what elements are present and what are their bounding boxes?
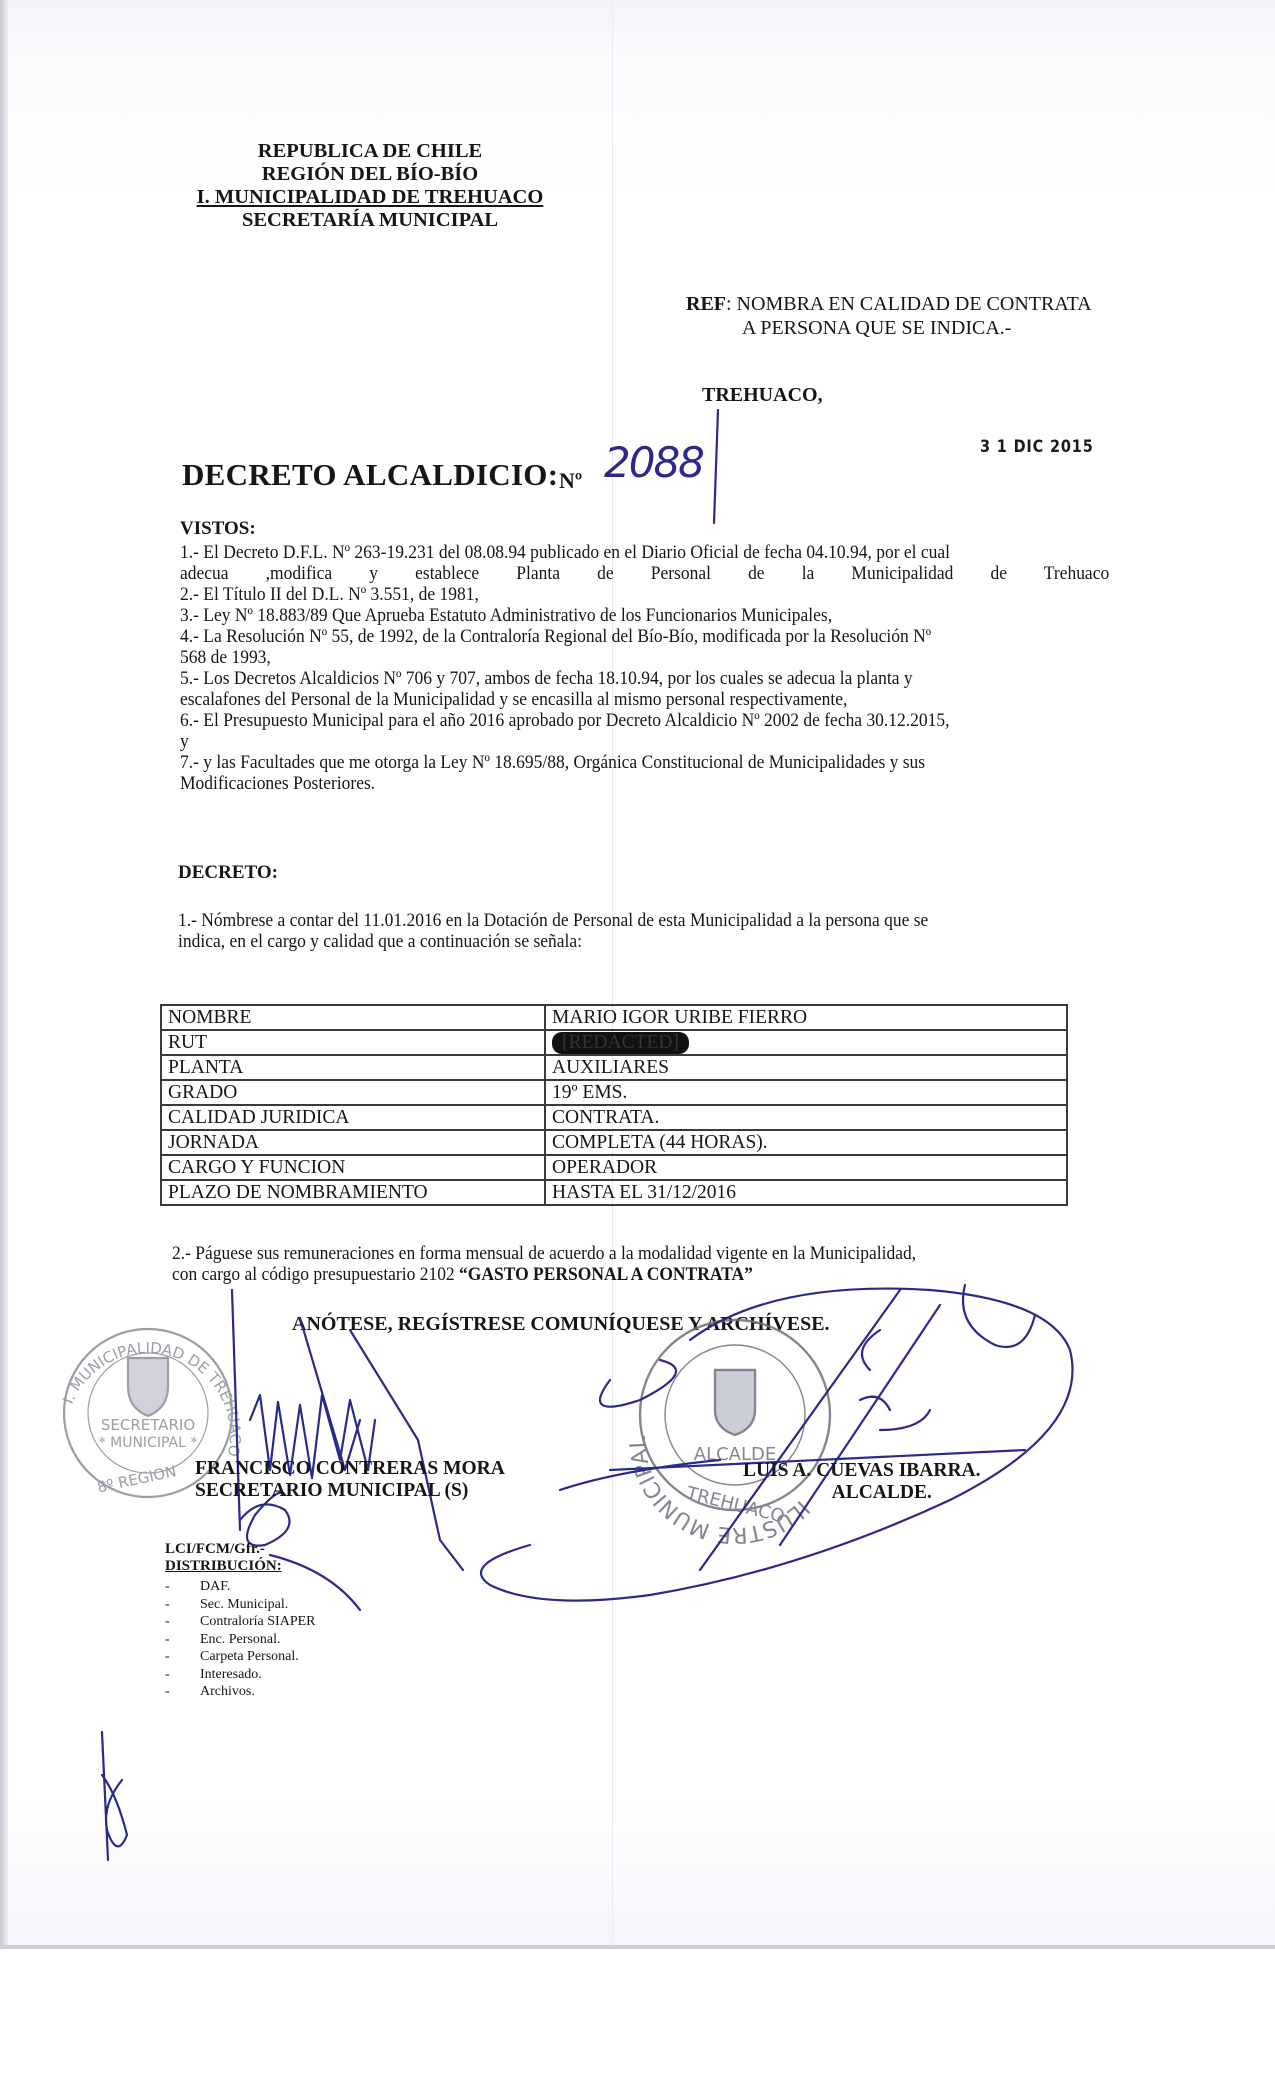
- letterhead-country: REPUBLICA DE CHILE: [180, 140, 560, 163]
- vistos-item: adecua ,modifica y establece Planta de P…: [180, 563, 1109, 584]
- reference-label: REF: [686, 293, 726, 315]
- distribution-item-label: Interesado.: [200, 1666, 262, 1684]
- vistos-item: 6.- El Presupuesto Municipal para el año…: [180, 710, 1109, 731]
- vistos-item: Modificaciones Posteriores.: [180, 773, 1109, 794]
- distribution-item: -Enc. Personal.: [165, 1631, 316, 1649]
- mayor-title: ALCALDE.: [743, 1482, 981, 1504]
- table-row: GRADO19º EMS.: [161, 1080, 1067, 1105]
- distribution-item: -DAF.: [165, 1578, 316, 1596]
- letterhead-department: SECRETARÍA MUNICIPAL: [180, 209, 560, 232]
- table-row: NOMBREMARIO IGOR URIBE FIERRO: [161, 1005, 1067, 1030]
- svg-text:SECRETARIO: SECRETARIO: [101, 1416, 195, 1434]
- distribution-item-label: Contraloría SIAPER: [200, 1613, 316, 1631]
- decree-number-label: Nº: [559, 468, 582, 494]
- distribution-item: -Contraloría SIAPER: [165, 1613, 316, 1631]
- vistos-item: escalafones del Personal de la Municipal…: [180, 689, 1109, 710]
- svg-text:* MUNICIPAL *: * MUNICIPAL *: [99, 1435, 198, 1451]
- vistos-item: 1.- El Decreto D.F.L. Nº 263-19.231 del …: [180, 542, 1109, 563]
- field-value: [REDACTED]: [545, 1030, 1067, 1055]
- closing-formula: ANÓTESE, REGÍSTRESE COMUNÍQUESE Y ARCHÍV…: [292, 1313, 830, 1336]
- field-label: JORNADA: [161, 1130, 545, 1155]
- budget-code-name: “GASTO PERSONAL A CONTRATA”: [459, 1264, 753, 1285]
- vistos-item: y: [180, 731, 1109, 752]
- reference-block: REF: NOMBRA EN CALIDAD DE CONTRATA A PER…: [686, 292, 1092, 340]
- table-row: CARGO Y FUNCIONOPERADOR: [161, 1155, 1067, 1180]
- decreto-point-2-line-1: 2.- Páguese sus remuneraciones en forma …: [172, 1243, 1120, 1264]
- distribution-item-label: Enc. Personal.: [200, 1631, 280, 1649]
- decree-title: DECRETO ALCALDICIO:: [182, 457, 558, 493]
- table-row: PLANTAAUXILIARES: [161, 1055, 1067, 1080]
- decreto-point-1-line-1: 1.- Nómbrese a contar del 11.01.2016 en …: [178, 910, 1107, 931]
- appointment-table: NOMBREMARIO IGOR URIBE FIERRORUT[REDACTE…: [160, 1004, 1068, 1206]
- bullet-dash: -: [165, 1648, 200, 1666]
- vistos-item: 3.- Ley Nº 18.883/89 Que Aprueba Estatut…: [180, 605, 1109, 626]
- vistos-item: 5.- Los Decretos Alcaldicios Nº 706 y 70…: [180, 668, 1109, 689]
- letterhead-region: REGIÓN DEL BÍO-BÍO: [180, 163, 560, 186]
- place: TREHUACO,: [702, 384, 823, 407]
- bullet-dash: -: [165, 1683, 200, 1701]
- redacted-rut: [REDACTED]: [552, 1032, 689, 1054]
- distribution-item: -Carpeta Personal.: [165, 1648, 316, 1666]
- scan-edge-shadow: [0, 0, 8, 1945]
- vistos-item: 568 de 1993,: [180, 647, 1109, 668]
- page-fold-line: [612, 0, 613, 1945]
- bullet-dash: -: [165, 1631, 200, 1649]
- distribution-item: -Sec. Municipal.: [165, 1596, 316, 1614]
- distribution-item: -Archivos.: [165, 1683, 316, 1701]
- field-label: NOMBRE: [161, 1005, 545, 1030]
- table-row: RUT[REDACTED]: [161, 1030, 1067, 1055]
- field-label: PLANTA: [161, 1055, 545, 1080]
- vistos-item: 2.- El Título II del D.L. Nº 3.551, de 1…: [180, 584, 1109, 605]
- vistos-heading: VISTOS:: [180, 518, 256, 540]
- scanned-page: REPUBLICA DE CHILE REGIÓN DEL BÍO-BÍO I.…: [0, 0, 1275, 1949]
- letterhead: REPUBLICA DE CHILE REGIÓN DEL BÍO-BÍO I.…: [180, 140, 560, 232]
- decreto-heading: DECRETO:: [178, 862, 278, 884]
- distribution-list: -DAF.-Sec. Municipal.-Contraloría SIAPER…: [165, 1578, 316, 1701]
- secretary-name: FRANCISCO CONTRERAS MORA: [195, 1458, 505, 1480]
- field-value: OPERADOR: [545, 1155, 1067, 1180]
- document-initials: LCI/FCM/Gfr.-: [165, 1541, 282, 1558]
- distribution-item-label: Sec. Municipal.: [200, 1596, 288, 1614]
- mayor-signatory: LUIS A. CUEVAS IBARRA. ALCALDE.: [743, 1460, 981, 1504]
- bullet-dash: -: [165, 1666, 200, 1684]
- distribution-item-label: Carpeta Personal.: [200, 1648, 299, 1666]
- vistos-item: 7.- y las Facultades que me otorga la Le…: [180, 752, 1109, 773]
- distribution-item-label: DAF.: [200, 1578, 230, 1596]
- distribution-heading: DISTRIBUCIÓN:: [165, 1558, 282, 1575]
- table-row: CALIDAD JURIDICACONTRATA.: [161, 1105, 1067, 1130]
- decreto-point-1-line-2: indica, en el cargo y calidad que a cont…: [178, 931, 1107, 952]
- svg-text:I. MUNICIPALIDAD DE TREHUACO: I. MUNICIPALIDAD DE TREHUACO: [59, 1339, 244, 1458]
- distribution-item-label: Archivos.: [200, 1683, 255, 1701]
- decreto-point-2: 2.- Páguese sus remuneraciones en forma …: [172, 1243, 1120, 1285]
- decree-number-handwritten: 2088: [604, 438, 703, 487]
- field-label: GRADO: [161, 1080, 545, 1105]
- mayor-name: LUIS A. CUEVAS IBARRA.: [743, 1460, 981, 1482]
- bullet-dash: -: [165, 1578, 200, 1596]
- secretary-signatory: FRANCISCO CONTRERAS MORA SECRETARIO MUNI…: [195, 1458, 505, 1502]
- letterhead-municipality: I. MUNICIPALIDAD DE TREHUACO: [180, 186, 560, 209]
- bullet-dash: -: [165, 1613, 200, 1631]
- field-label: CARGO Y FUNCION: [161, 1155, 545, 1180]
- date-stamp: 3 1 DIC 2015: [980, 437, 1094, 457]
- field-value: COMPLETA (44 HORAS).: [545, 1130, 1067, 1155]
- svg-text:8º REGION: 8º REGION: [96, 1462, 178, 1496]
- field-value: HASTA EL 31/12/2016: [545, 1180, 1067, 1205]
- field-value: CONTRATA.: [545, 1105, 1067, 1130]
- field-value: AUXILIARES: [545, 1055, 1067, 1080]
- initials-block: LCI/FCM/Gfr.- DISTRIBUCIÓN:: [165, 1541, 282, 1575]
- field-value: MARIO IGOR URIBE FIERRO: [545, 1005, 1067, 1030]
- vistos-list: 1.- El Decreto D.F.L. Nº 263-19.231 del …: [180, 542, 1109, 794]
- table-row: PLAZO DE NOMBRAMIENTOHASTA EL 31/12/2016: [161, 1180, 1067, 1205]
- field-label: CALIDAD JURIDICA: [161, 1105, 545, 1130]
- field-label: PLAZO DE NOMBRAMIENTO: [161, 1180, 545, 1205]
- vistos-item: 4.- La Resolución Nº 55, de 1992, de la …: [180, 626, 1109, 647]
- decreto-point-1: 1.- Nómbrese a contar del 11.01.2016 en …: [178, 910, 1107, 952]
- reference-line-1: : NOMBRA EN CALIDAD DE CONTRATA: [726, 293, 1092, 315]
- reference-line-2: A PERSONA QUE SE INDICA.-: [686, 316, 1092, 340]
- distribution-item: -Interesado.: [165, 1666, 316, 1684]
- field-label: RUT: [161, 1030, 545, 1055]
- decreto-point-2-line-2: con cargo al código presupuestario 2102: [172, 1264, 459, 1285]
- field-value: 19º EMS.: [545, 1080, 1067, 1105]
- secretary-title: SECRETARIO MUNICIPAL (S): [195, 1480, 505, 1502]
- margin-initials: [102, 1732, 127, 1860]
- bullet-dash: -: [165, 1596, 200, 1614]
- table-row: JORNADACOMPLETA (44 HORAS).: [161, 1130, 1067, 1155]
